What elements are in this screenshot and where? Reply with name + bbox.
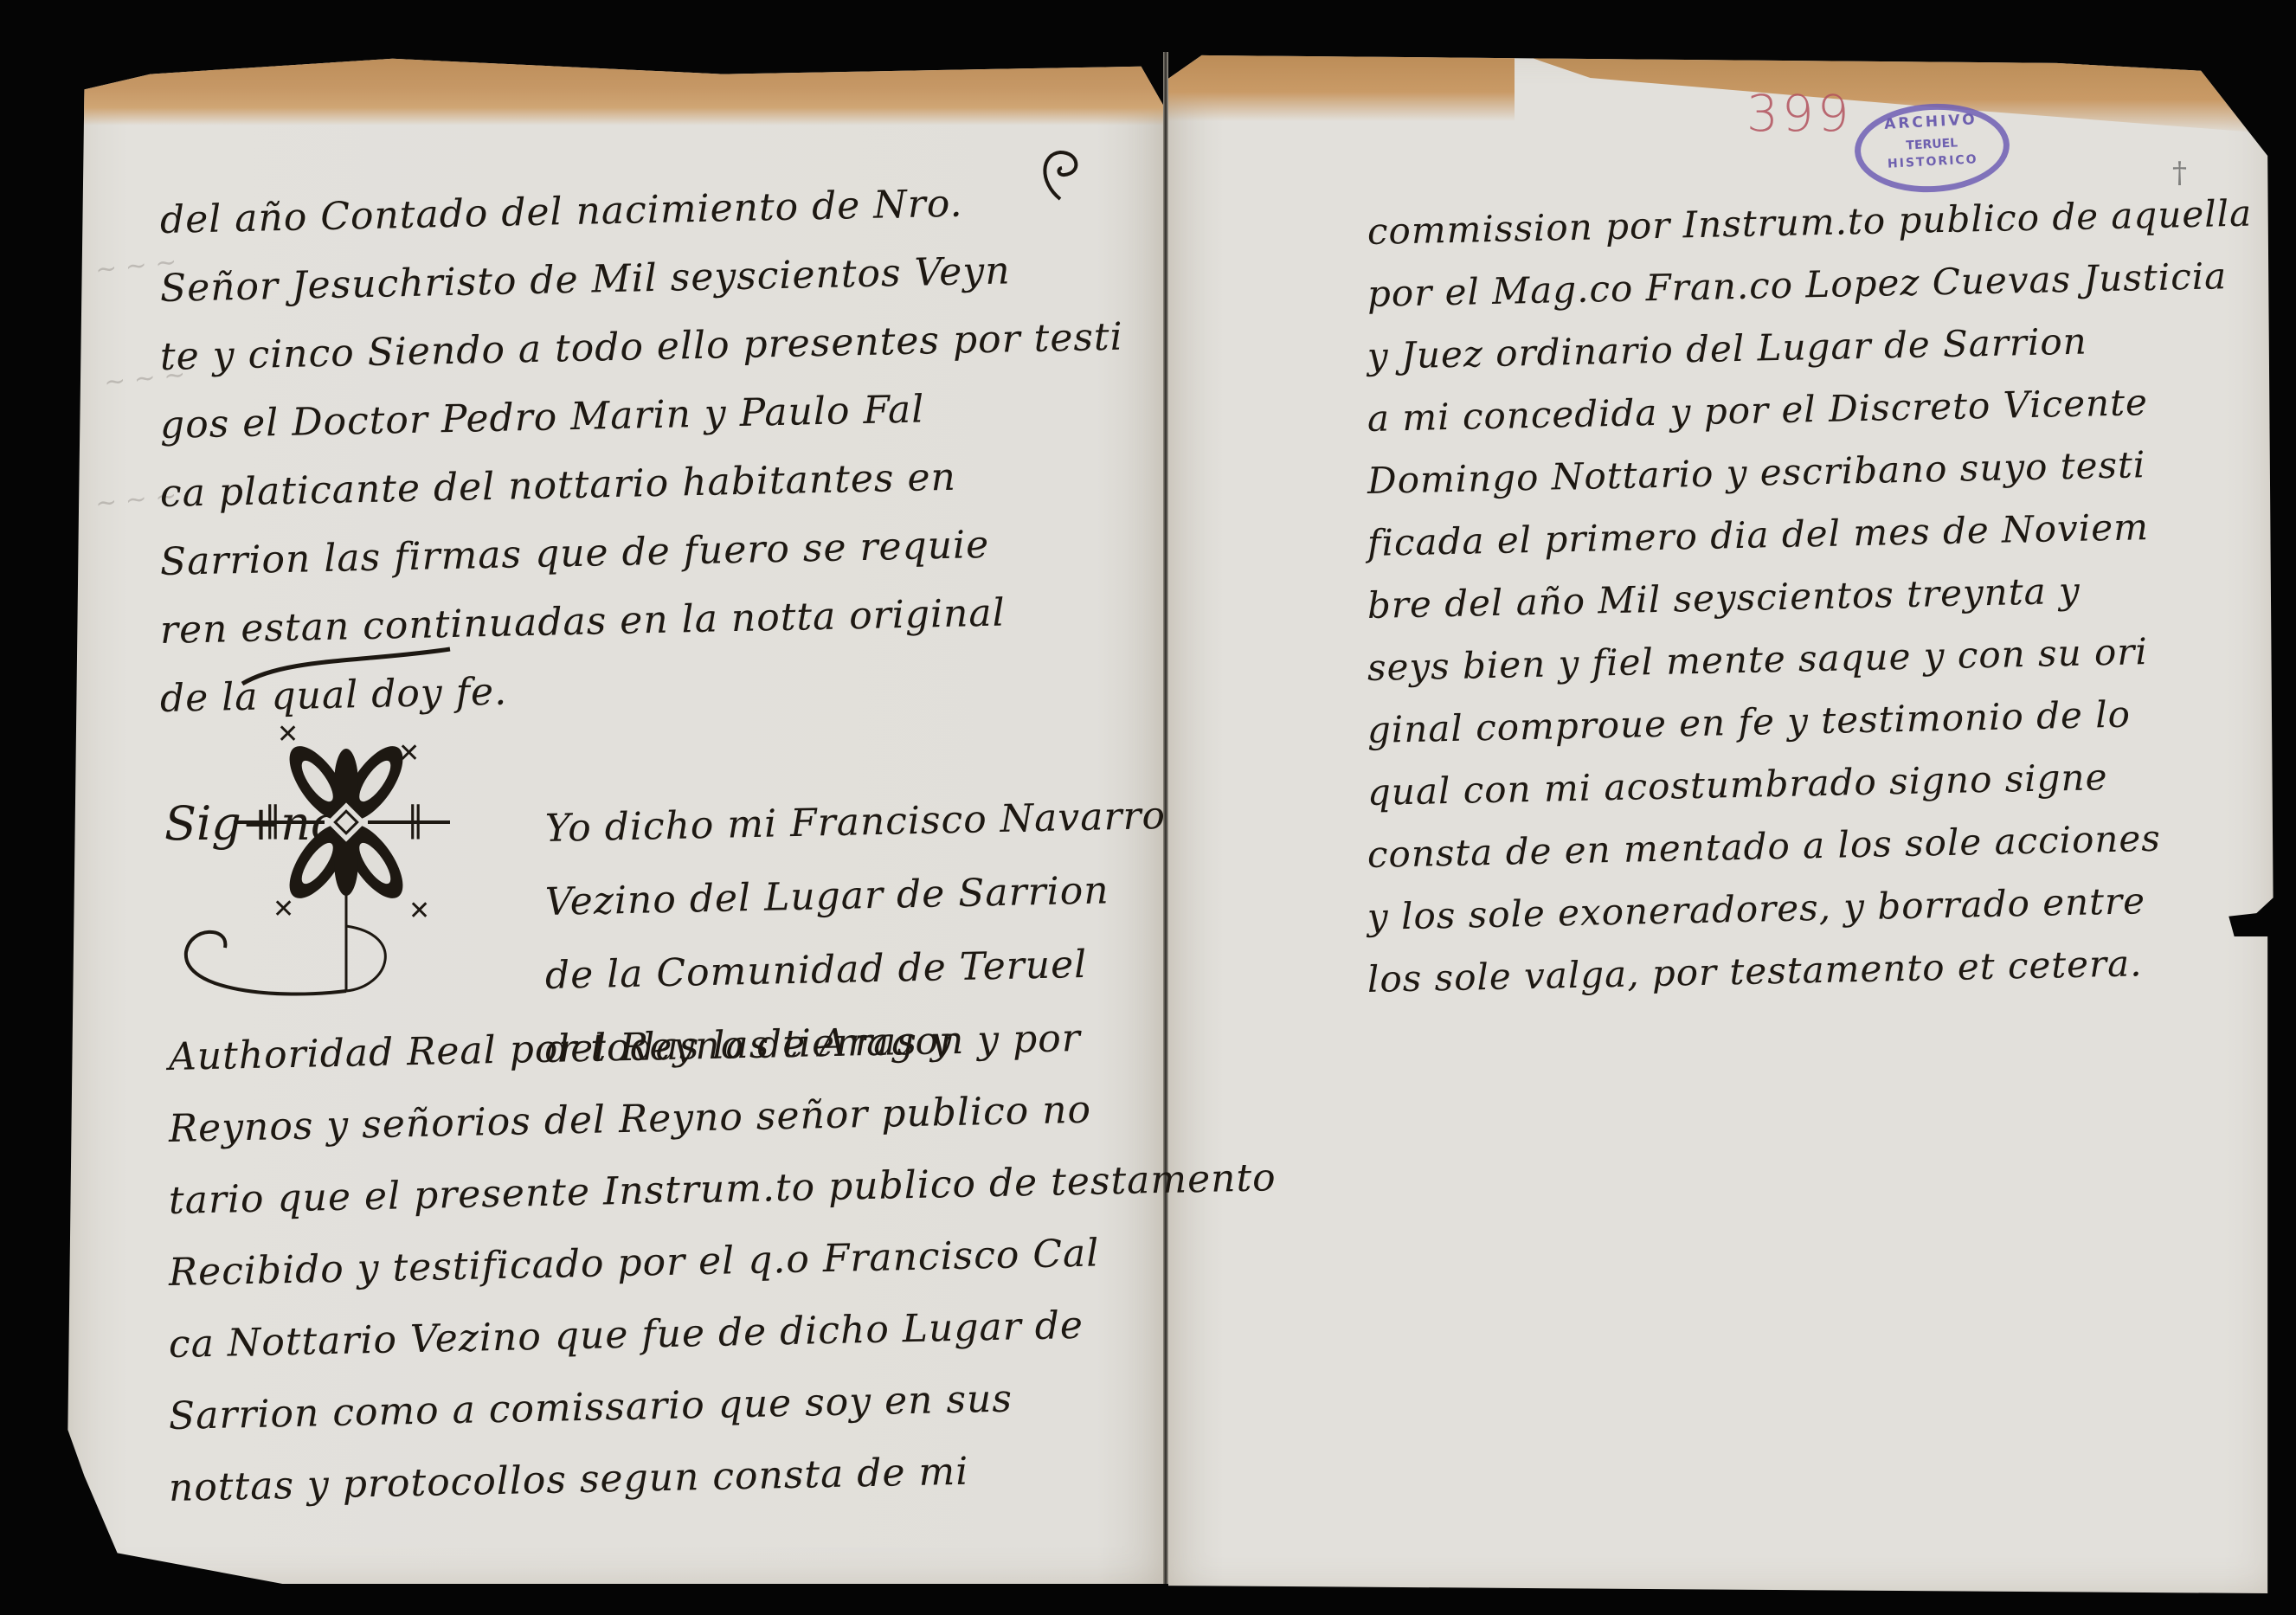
svg-text:✕: ✕ xyxy=(273,894,294,924)
water-stain-top-left xyxy=(1168,48,1515,121)
right-page-text: commission por Instrum.to publico de aqu… xyxy=(1367,201,2252,1011)
svg-text:‖: ‖ xyxy=(407,800,424,840)
svg-text:✕: ✕ xyxy=(277,719,299,750)
svg-text:✕: ✕ xyxy=(408,896,430,926)
svg-text:✕: ✕ xyxy=(398,738,420,769)
left-page-closing-text: Authoridad Real por todas las tierras y … xyxy=(169,1021,1277,1524)
folio-number: 399 xyxy=(1746,84,1853,143)
stamp-line-3: HISTORICO xyxy=(1862,151,2005,173)
svg-text:‖: ‖ xyxy=(264,800,281,840)
notarial-signum-icon: Sig+no ‖ ‖ ✕ ✕ ✕ ✕ xyxy=(147,710,511,1004)
water-stain-top xyxy=(62,43,1163,125)
text-line: Yo dicho mi Francisco Navarro xyxy=(544,779,1167,865)
rubric-flourish xyxy=(234,640,459,692)
text-line: de la Comunidad de Teruel xyxy=(544,926,1167,1013)
text-line: Vezino del Lugar de Sarrion xyxy=(544,853,1167,939)
